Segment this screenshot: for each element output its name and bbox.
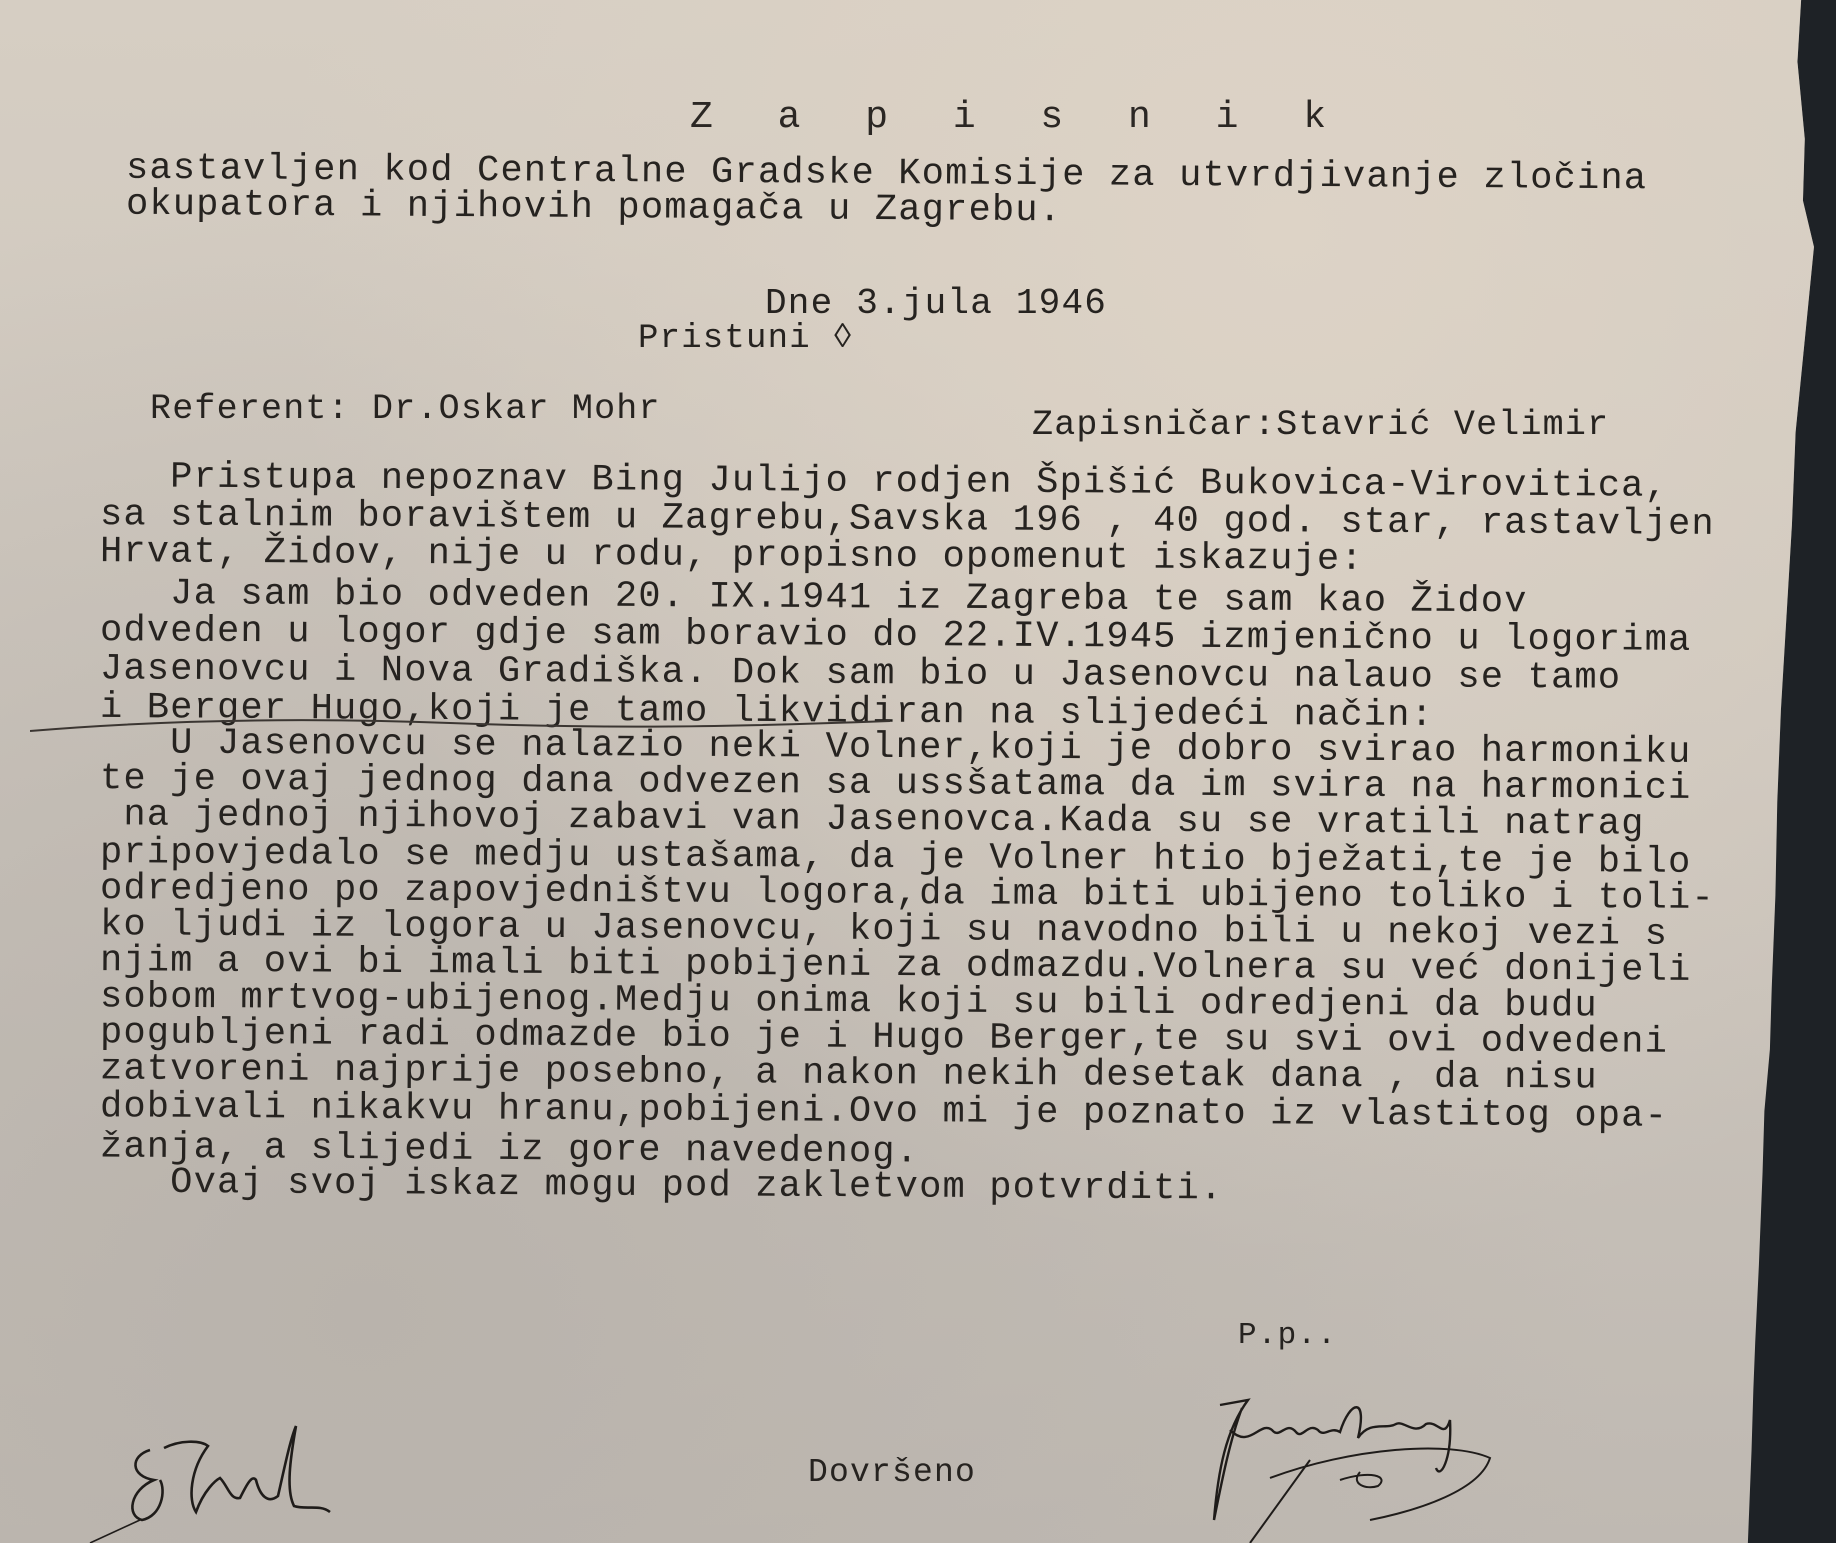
body-line-3: Hrvat, Židov, nije u rodu, propisno opom… xyxy=(100,534,1364,579)
signature-julio-bing xyxy=(1190,1360,1620,1543)
date-line: Dne 3.jula 1946 xyxy=(765,286,1107,322)
signoff-pp: P.p.. xyxy=(1238,1320,1337,1351)
referent-line: Referent: Dr.Oskar Mohr xyxy=(150,392,661,427)
present-line: Pristuni ◊ xyxy=(638,322,854,356)
body-line-20: Ovaj svoj iskaz mogu pod zakletvom potvr… xyxy=(100,1165,1224,1209)
recorder-line: Zapisničar:Stavrić Velimir xyxy=(1032,408,1609,443)
completed-label: Dovršeno xyxy=(808,1456,976,1489)
document-title: Z a p i s n i k xyxy=(690,96,1347,139)
subtitle-line-2: okupatora i njihovih pomagača u Zagrebu. xyxy=(126,187,1062,231)
document-page: Z a p i s n i k sastavljen kod Centralne… xyxy=(0,0,1836,1543)
signature-stavric xyxy=(70,1420,470,1543)
